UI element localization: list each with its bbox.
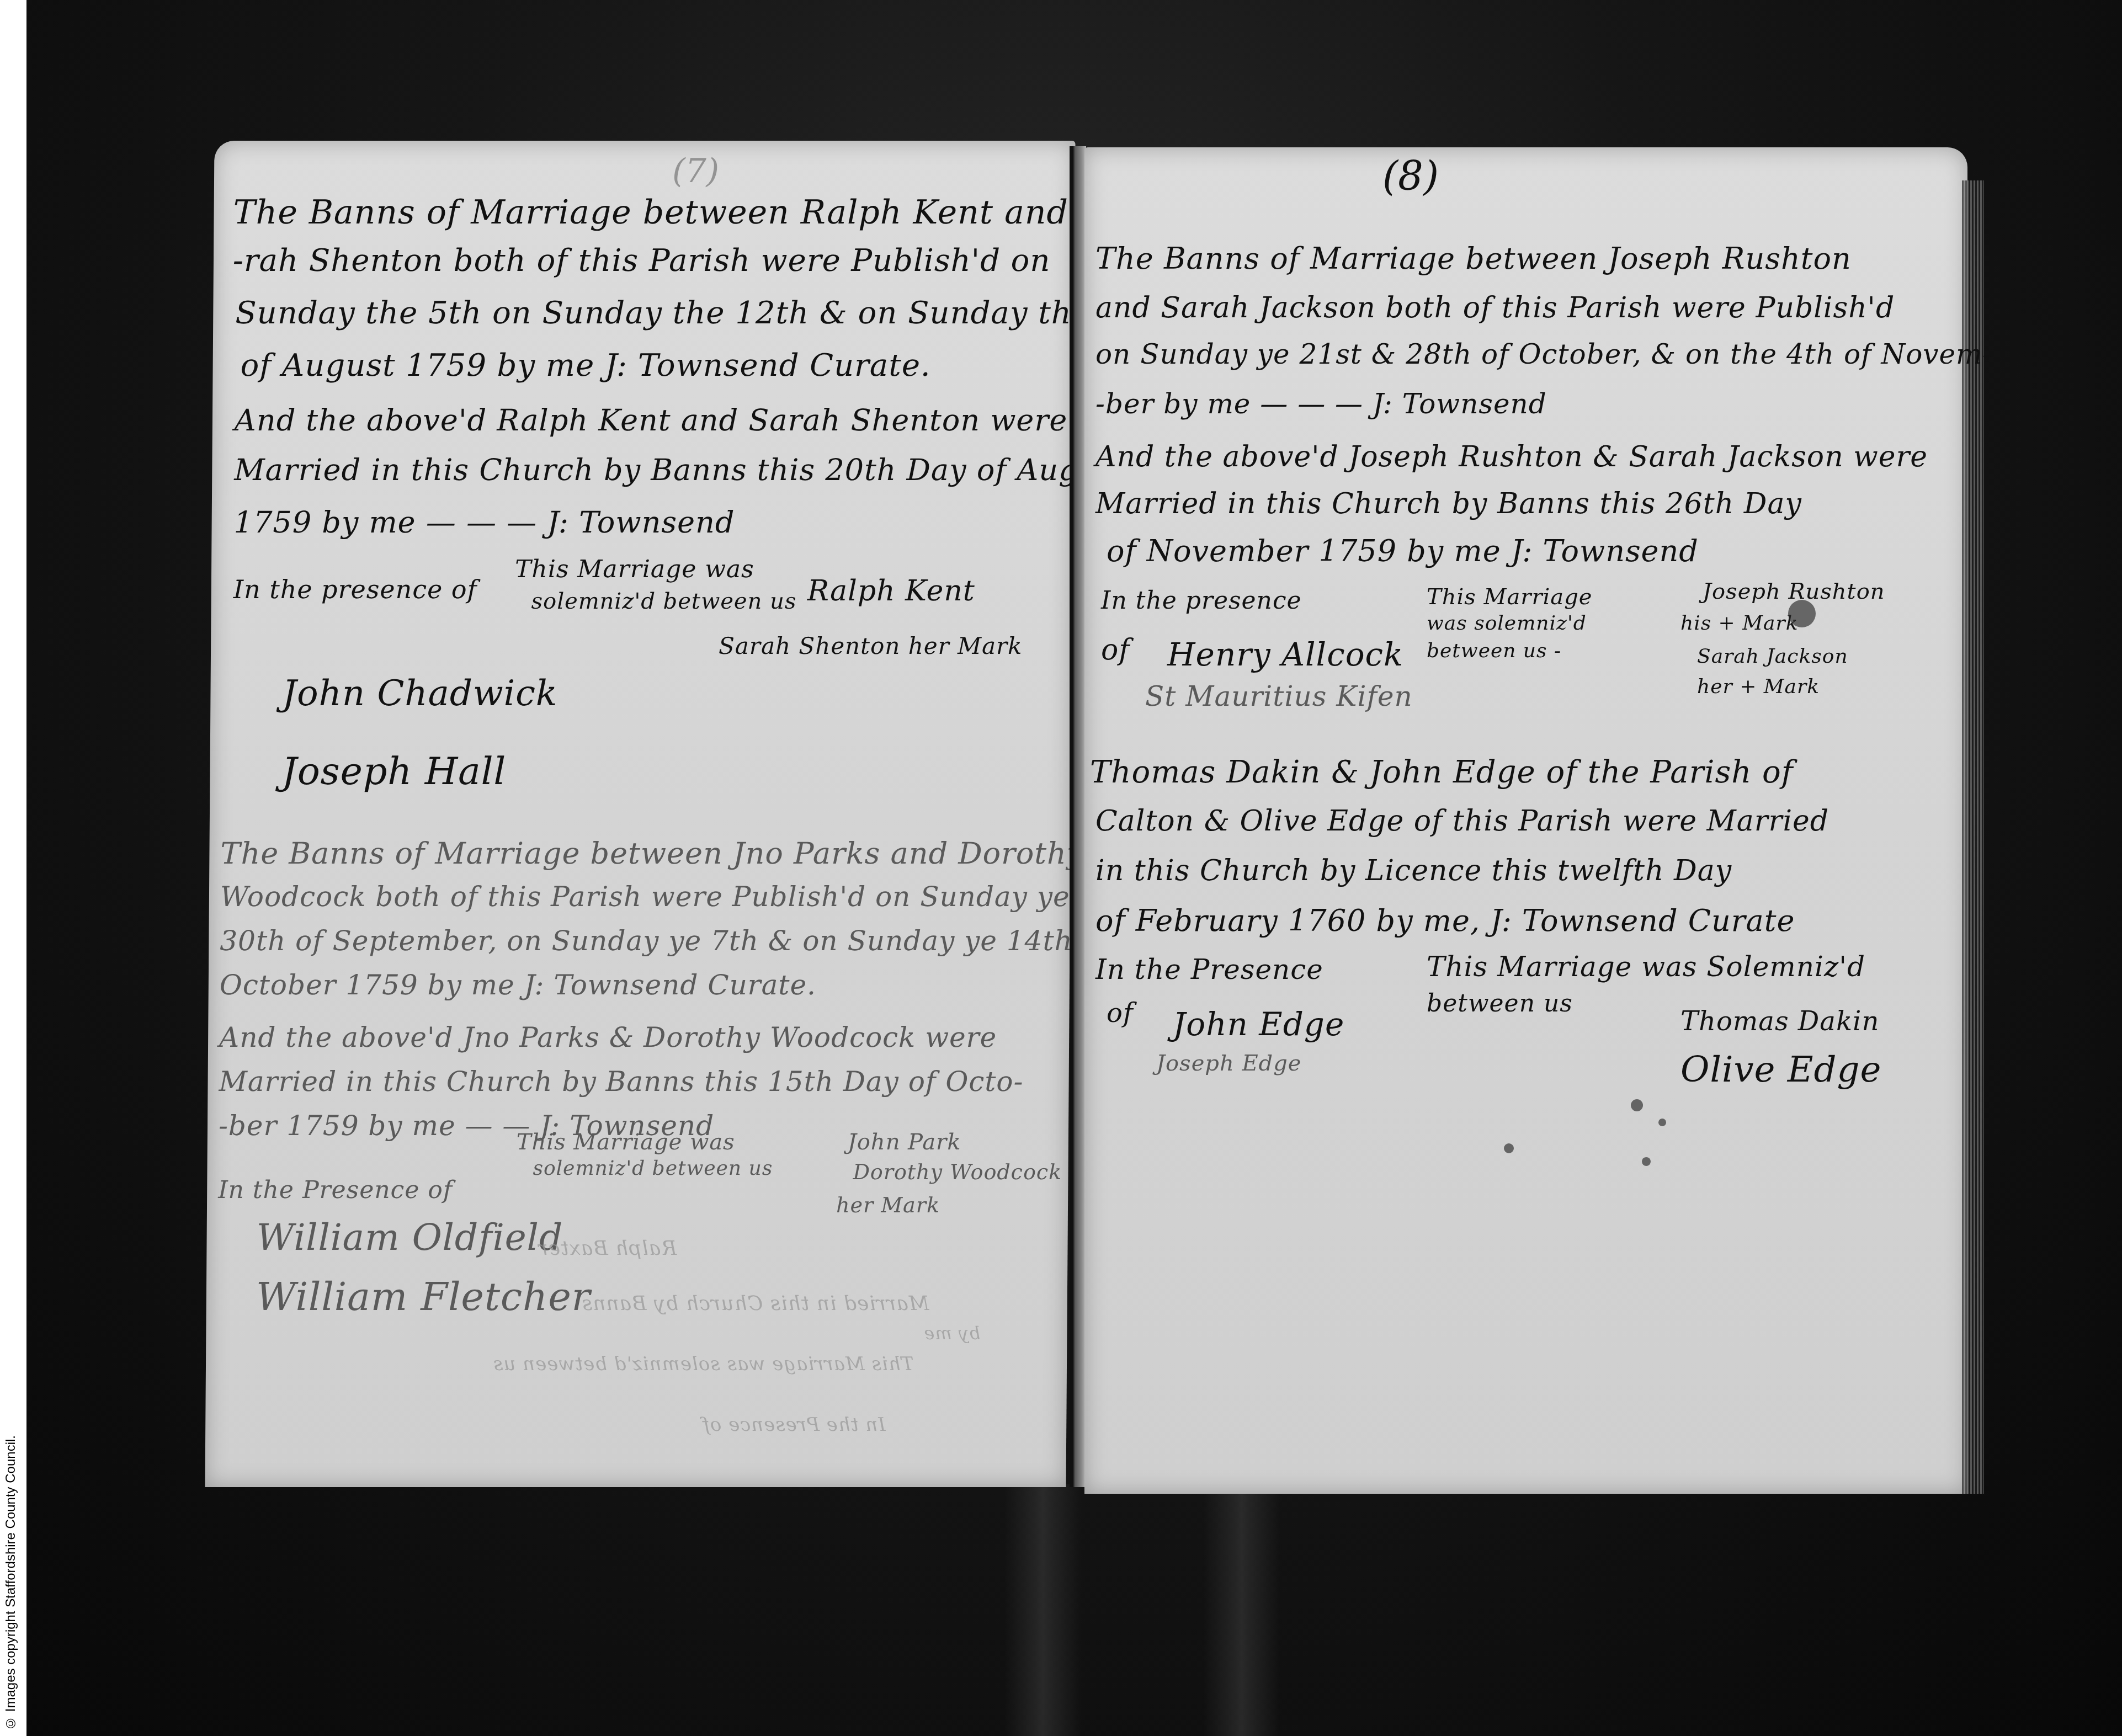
party-signature: John Park xyxy=(848,1131,961,1153)
party-mark: his + Mark xyxy=(1680,614,1799,633)
witness-signature: John Chadwick xyxy=(282,676,558,711)
page-edges xyxy=(1962,180,1984,1494)
right-page: (8) The Banns of Marriage between Joseph… xyxy=(1084,147,1967,1494)
presence-label: In the Presence of xyxy=(218,1178,453,1202)
solemnized-line: This Marriage was xyxy=(517,1131,735,1153)
entry-line: Married in this Church by Banns this 20t… xyxy=(234,455,1126,485)
entry-line: -ber by me — — — J: Townsend xyxy=(1095,390,1547,418)
entry-line: The Banns of Marriage between Jno Parks … xyxy=(220,839,1084,869)
party-signature: Ralph Kent xyxy=(807,577,975,605)
ink-spot xyxy=(1658,1119,1666,1126)
entry-line: And the above'd Jno Parks & Dorothy Wood… xyxy=(219,1024,997,1051)
witness-signature: St Mauritius Kifen xyxy=(1145,683,1413,710)
party-signature: Sarah Shenton her Mark xyxy=(719,635,1023,658)
party-signature: Olive Edge xyxy=(1680,1052,1881,1088)
entry-line: Thomas Dakin & John Edge of the Parish o… xyxy=(1090,757,1793,788)
witness-signature: William Fletcher xyxy=(256,1277,591,1316)
presence-label: of xyxy=(1107,1000,1134,1026)
presence-label: of xyxy=(1101,636,1130,664)
presence-label: In the presence xyxy=(1101,589,1302,613)
entry-line: of February 1760 by me, J: Townsend Cura… xyxy=(1095,906,1795,936)
page-number-left: (7) xyxy=(672,152,719,190)
solemnized-line: between us - xyxy=(1427,641,1561,661)
entry-line: Sunday the 5th on Sunday the 12th & on S… xyxy=(235,298,1175,329)
entry-line: Married in this Church by Banns this 15t… xyxy=(219,1068,1023,1095)
entry-line: in this Church by Licence this twelfth D… xyxy=(1095,856,1732,885)
party-signature: Thomas Dakin xyxy=(1680,1008,1879,1035)
party-mark: her + Mark xyxy=(1697,677,1820,697)
entry-line: and Sarah Jackson both of this Parish we… xyxy=(1095,294,1895,322)
cloth-fold xyxy=(1004,1484,1082,1736)
ghost-line: This Marriage was solemniz'd between us xyxy=(493,1355,914,1373)
entry-line: on Sunday ye 21st & 28th of October, & o… xyxy=(1095,340,1992,368)
copyright-notice: © Images copyright Staffordshire County … xyxy=(3,1435,19,1730)
solemnized-line: solemniz'd between us xyxy=(533,1159,773,1179)
open-register-book: (7) The Banns of Marriage between Ralph … xyxy=(199,141,1976,1487)
party-mark: her Mark xyxy=(836,1195,940,1216)
page-number-right: (8) xyxy=(1382,153,1439,199)
witness-signature: Joseph Hall xyxy=(281,753,506,791)
entry-line: And the above'd Joseph Rushton & Sarah J… xyxy=(1095,443,1928,471)
ink-spot xyxy=(1504,1143,1514,1153)
solemnized-line: This Marriage xyxy=(1427,586,1592,608)
witness-signature: John Edge xyxy=(1173,1008,1344,1040)
witness-signature: Henry Allcock xyxy=(1167,638,1403,670)
entry-line: 1759 by me — — — J: Townsend xyxy=(233,508,735,537)
entry-line: of August 1759 by me J: Townsend Curate. xyxy=(240,350,930,381)
entry-line: 30th of September, on Sunday ye 7th & on… xyxy=(220,927,1110,955)
presence-label: In the Presence xyxy=(1095,956,1323,983)
witness-signature: William Oldfield xyxy=(256,1220,563,1256)
entry-line: And the above'd Ralph Kent and Sarah She… xyxy=(235,406,1068,435)
ghost-line: In the Presence of xyxy=(702,1415,886,1434)
entry-line: Calton & Olive Edge of this Parish were … xyxy=(1095,807,1829,835)
book-gutter xyxy=(1070,146,1086,1487)
presence-label: In the presence of xyxy=(233,577,477,602)
party-signature: Dorothy Woodcock xyxy=(853,1162,1062,1183)
solemnized-line: This Marriage was Solemniz'd xyxy=(1427,953,1865,981)
solemnized-line: solemniz'd between us xyxy=(531,590,797,613)
entry-line: -rah Shenton both of this Parish were Pu… xyxy=(233,246,1051,276)
solemnized-line: This Marriage was xyxy=(515,557,754,582)
cloth-fold xyxy=(1203,1484,1280,1736)
entry-line: October 1759 by me J: Townsend Curate. xyxy=(220,971,817,999)
entry-line: Married in this Church by Banns this 26t… xyxy=(1095,489,1802,518)
left-page: (7) The Banns of Marriage between Ralph … xyxy=(205,141,1075,1487)
solemnized-line: was solemniz'd xyxy=(1427,614,1587,633)
solemnized-line: between us xyxy=(1427,992,1573,1016)
entry-line: The Banns of Marriage between Ralph Kent… xyxy=(233,196,1135,229)
entry-line: Woodcock both of this Parish were Publis… xyxy=(220,883,1070,910)
ghost-line: by me xyxy=(923,1324,980,1342)
party-signature: Joseph Rushton xyxy=(1703,581,1885,603)
ghost-line: Ralph Baxter xyxy=(538,1239,677,1259)
ink-spot xyxy=(1642,1157,1651,1166)
ink-spot xyxy=(1631,1099,1643,1111)
ghost-line: Married in this Church by Banns xyxy=(582,1294,929,1314)
entry-line: The Banns of Marriage between Joseph Rus… xyxy=(1095,244,1852,274)
ink-blot xyxy=(1788,600,1816,627)
copyright-strip: © Images copyright Staffordshire County … xyxy=(0,0,26,1736)
entry-line: of November 1759 by me J: Townsend xyxy=(1107,536,1699,566)
witness-signature: Joseph Edge xyxy=(1156,1052,1301,1074)
party-signature: Sarah Jackson xyxy=(1697,647,1848,667)
